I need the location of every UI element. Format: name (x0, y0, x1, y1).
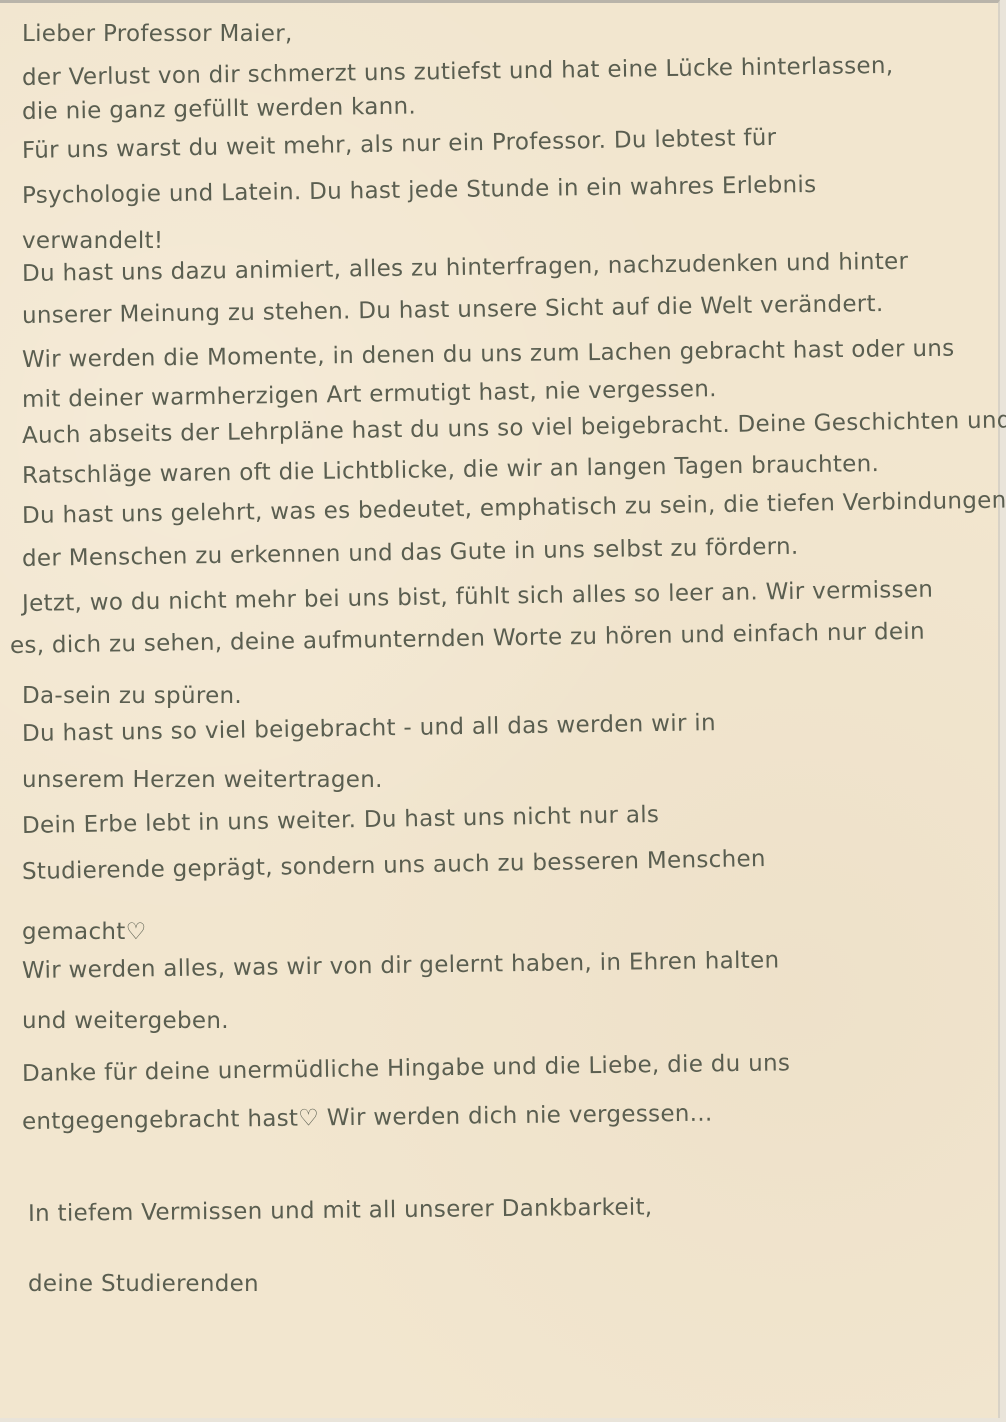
letter-page: Lieber Professor Maier, der Verlust von … (0, 0, 1000, 1418)
letter-line: der Verlust von dir schmerzt uns zutiefs… (22, 53, 894, 91)
letter-line: die nie ganz gefüllt werden kann. (22, 93, 416, 125)
letter-line: gemacht♡ (22, 919, 147, 945)
letter-line: Für uns warst du weit mehr, als nur ein … (22, 125, 777, 164)
letter-line: Auch abseits der Lehrpläne hast du uns s… (22, 407, 1006, 449)
salutation: Lieber Professor Maier, (22, 21, 293, 47)
letter-line: Danke für deine unermüdliche Hingabe und… (22, 1050, 791, 1087)
letter-line: Wir werden die Momente, in denen du uns … (22, 336, 955, 373)
letter-line: Du hast uns dazu animiert, alles zu hint… (22, 249, 909, 287)
signature: deine Studierenden (28, 1271, 259, 1297)
letter-line: Dein Erbe lebt in uns weiter. Du hast un… (22, 802, 660, 839)
letter-line: der Menschen zu erkennen und das Gute in… (22, 534, 799, 572)
letter-line: Ratschläge waren oft die Lichtblicke, di… (22, 451, 879, 489)
letter-line: Studierende geprägt, sondern uns auch zu… (22, 846, 766, 885)
letter-line: Wir werden alles, was wir von dir gelern… (22, 947, 780, 984)
letter-line: Du hast uns so viel beigebracht - und al… (22, 710, 716, 747)
letter-line: unserem Herzen weitertragen. (22, 767, 383, 793)
letter-line: mit deiner warmherzigen Art ermutigt has… (22, 376, 717, 413)
letter-line: Jetzt, wo du nicht mehr bei uns bist, fü… (22, 577, 934, 617)
letter-line: entgegengebracht hast♡ Wir werden dich n… (22, 1101, 713, 1135)
letter-line: Da-sein zu spüren. (22, 683, 242, 709)
letter-line: unserer Meinung zu stehen. Du hast unser… (22, 291, 884, 329)
letter-line: es, dich zu sehen, deine aufmunternden W… (10, 619, 925, 659)
letter-line: Du hast uns gelehrt, was es bedeutet, em… (22, 488, 1006, 529)
closing: In tiefem Vermissen und mit all unserer … (28, 1194, 653, 1227)
letter-line: Psychologie und Latein. Du hast jede Stu… (22, 172, 817, 209)
letter-line: verwandelt! (22, 228, 163, 254)
letter-line: und weitergeben. (22, 1008, 229, 1034)
